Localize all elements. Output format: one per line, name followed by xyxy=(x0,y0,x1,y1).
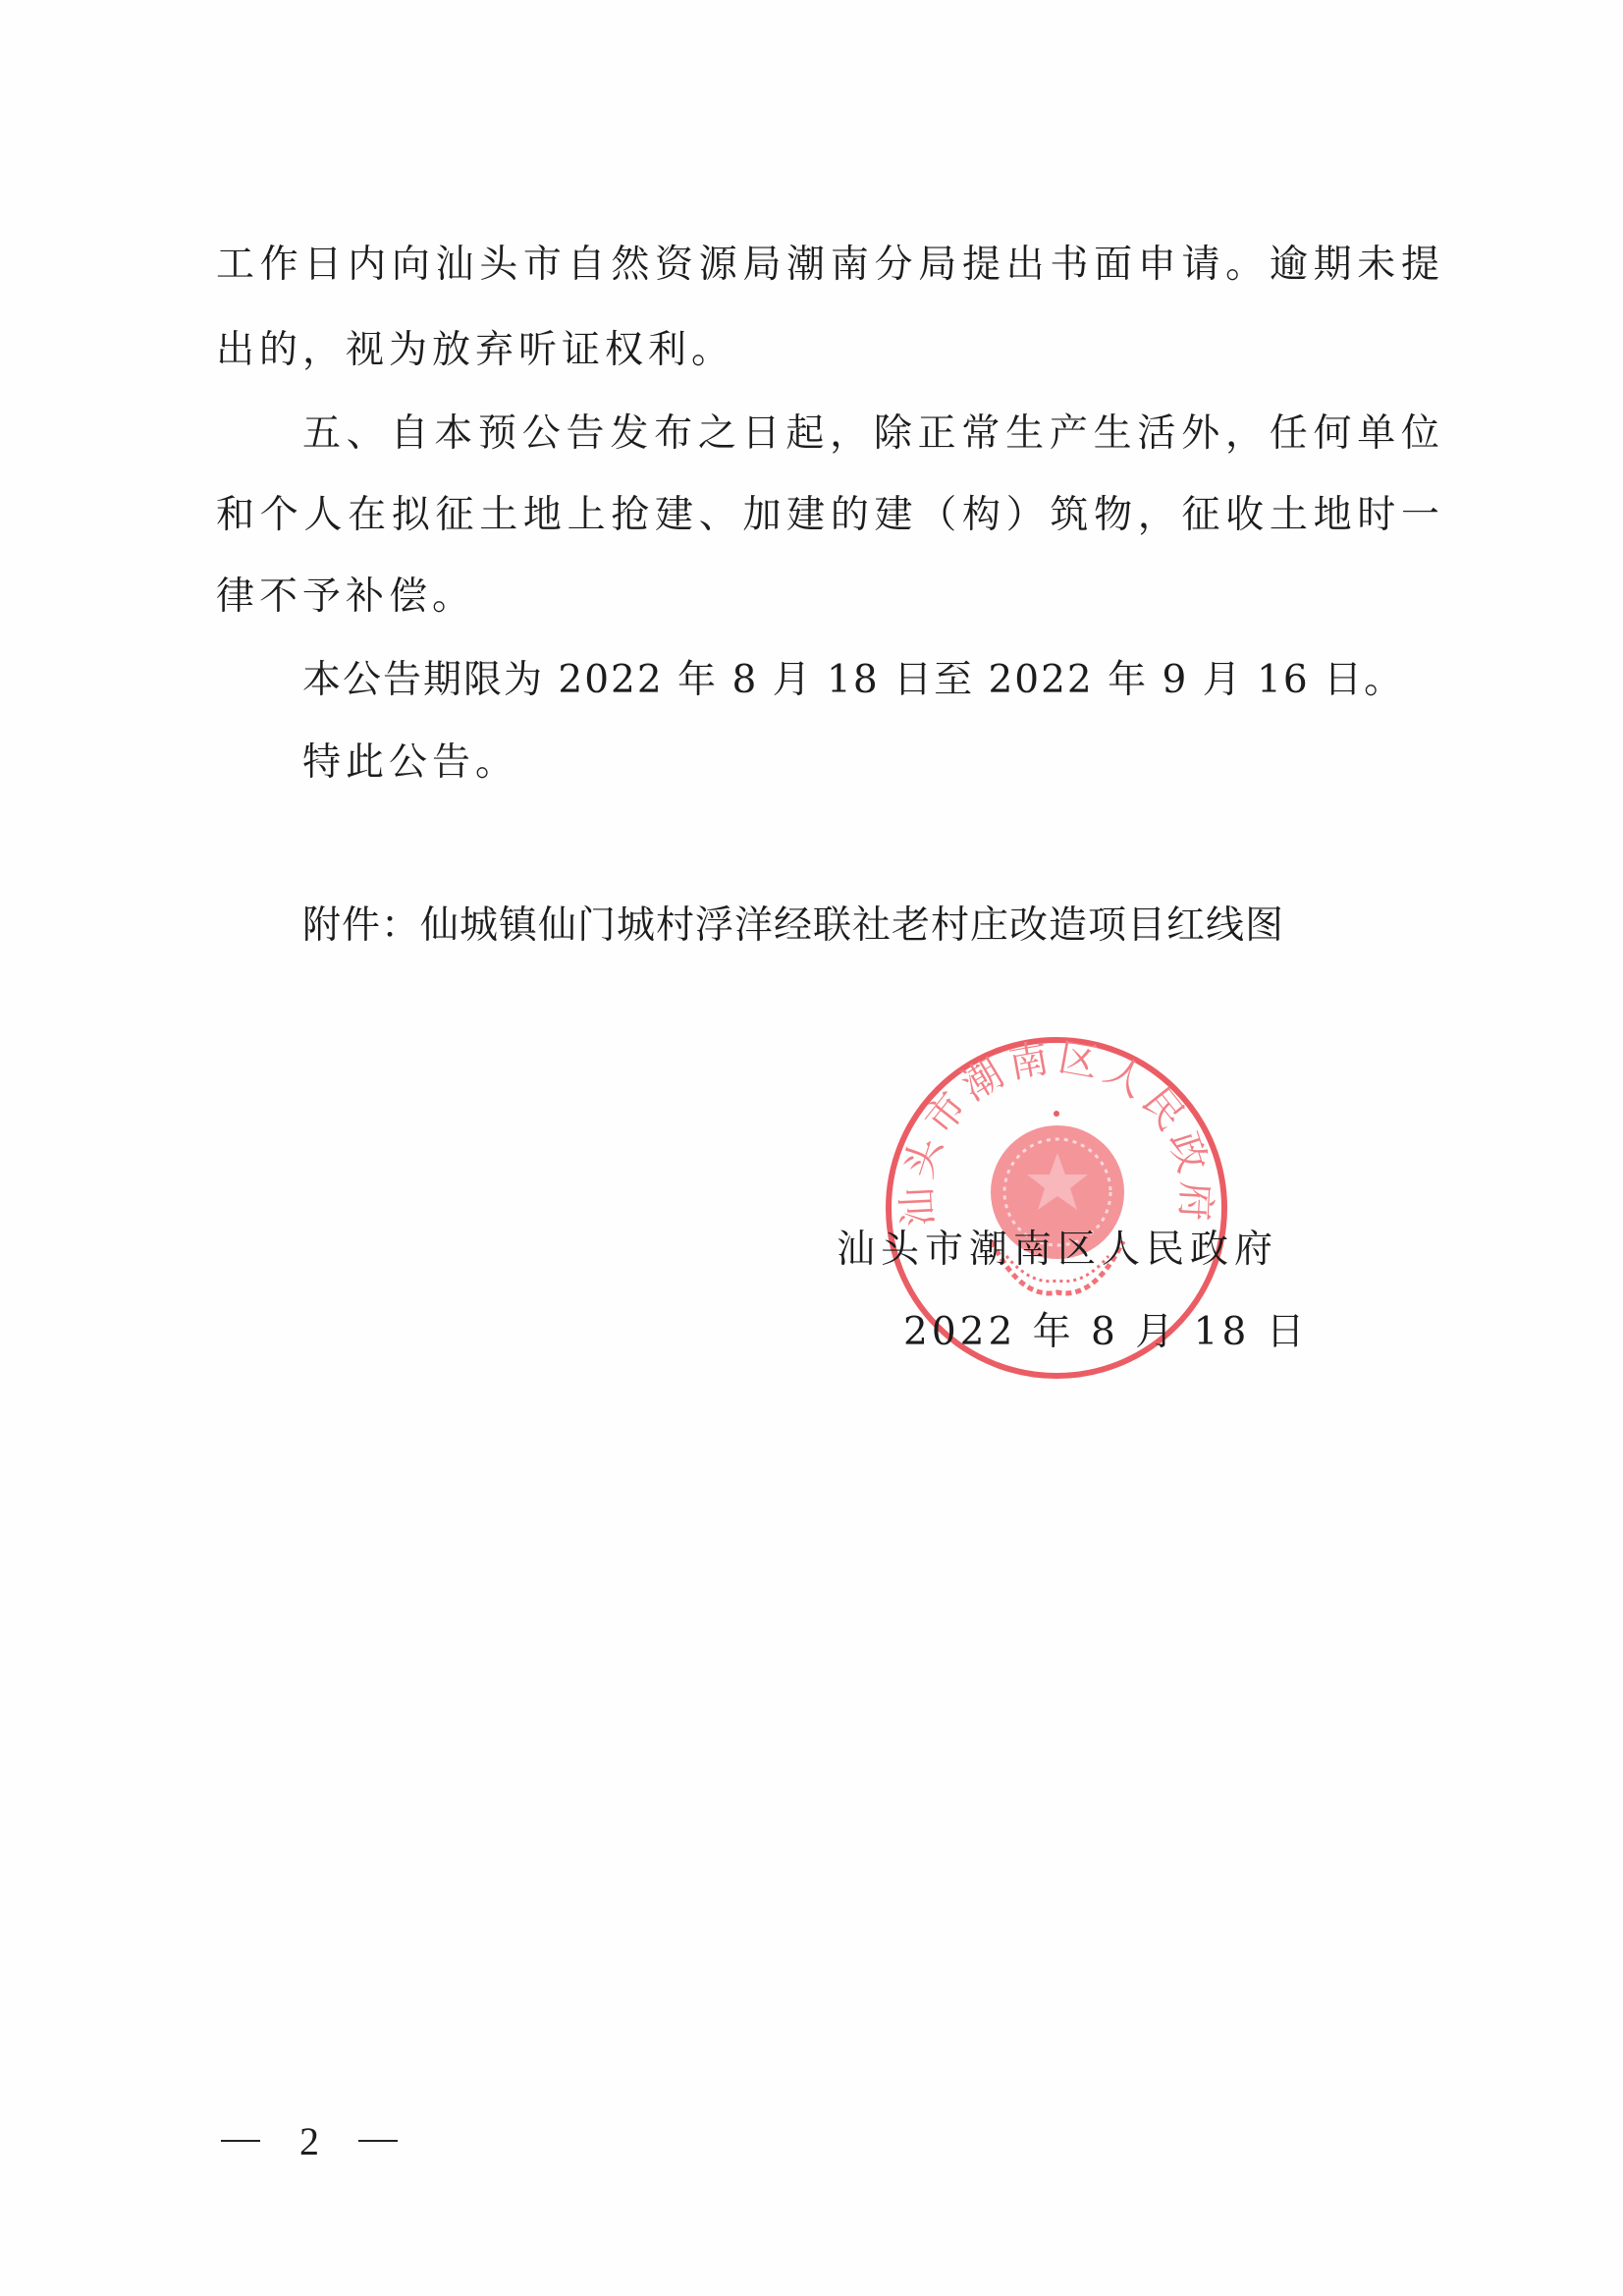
page-number: 2 xyxy=(299,2118,319,2164)
page-dash-right xyxy=(358,2140,398,2142)
closing-statement: 特此公告。 xyxy=(302,739,1439,787)
page-dash-left xyxy=(221,2140,260,2142)
clause-five-line-1: 五、自本预公告发布之日起，除正常生产生活外，任何单位 xyxy=(302,410,1439,458)
clause-five-line-3: 律不予补偿。 xyxy=(216,574,1439,621)
document-page: 工作日内向汕头市自然资源局潮南分局提出书面申请。逾期未提 出的，视为放弃听证权利… xyxy=(0,0,1623,2296)
signature-date: 2022 年 8 月 18 日 xyxy=(903,1309,1309,1356)
clause-five-line-2: 和个人在拟征土地上抢建、加建的建（构）筑物，征收土地时一 xyxy=(216,492,1439,539)
attachment-line: 附件：仙城镇仙门城村浮洋经联社老村庄改造项目红线图 xyxy=(302,902,1439,950)
body-line-1: 工作日内向汕头市自然资源局潮南分局提出书面申请。逾期未提 xyxy=(216,242,1439,289)
page-footer: 2 xyxy=(221,2117,398,2164)
issuer-signature: 汕头市潮南区人民政府 xyxy=(837,1227,1278,1274)
notice-period: 本公告期限为 2022 年 8 月 18 日至 2022 年 9 月 16 日。 xyxy=(302,657,1439,704)
body-line-2: 出的，视为放弃听证权利。 xyxy=(216,327,1439,374)
